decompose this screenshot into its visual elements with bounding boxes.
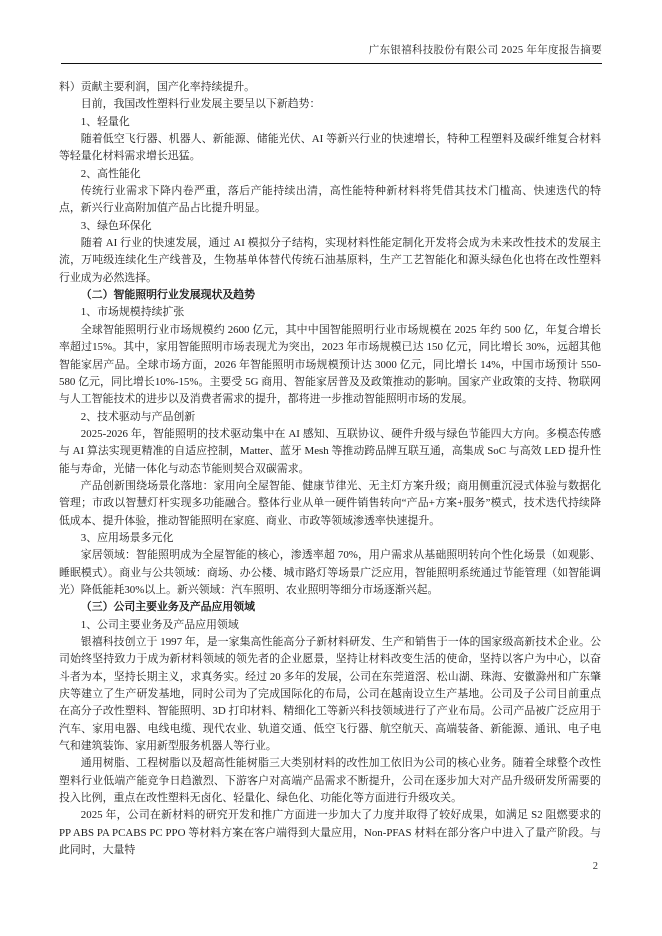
header-rule [61, 63, 602, 64]
paragraph: 银禧科技创立于 1997 年，是一家集高性能高分子新材料研发、生产和销售于一体的… [59, 634, 601, 755]
sub-heading: 1、轻量化 [59, 114, 601, 131]
sub-heading: 2、高性能化 [59, 166, 601, 183]
paragraph: 家居领域：智能照明成为全屋智能的核心，渗透率超 70%，用户需求从基础照明转向个… [59, 547, 601, 599]
paragraph: 2025 年，公司在新材料的研究开发和推广方面进一步加大了力度并取得了较好成果，… [59, 807, 601, 855]
paragraph: 随着 AI 行业的快速发展，通过 AI 模拟分子结构，实现材料性能定制化开发将会… [59, 235, 601, 287]
paragraph: 传统行业需求下降内卷严重，落后产能持续出清，高性能特种新材料将凭借其技术门槛高、… [59, 183, 601, 218]
paragraph: 2025-2026 年，智能照明的技术驱动集中在 AI 感知、互联协议、硬件升级… [59, 426, 601, 478]
paragraph: 产品创新围绕场景化落地：家用向全屋智能、健康节律光、无主灯方案升级；商用侧重沉浸… [59, 478, 601, 530]
sub-heading: 3、绿色环保化 [59, 218, 601, 235]
document-body: 料）贡献主要利润，国产化率持续提升。目前，我国改性塑料行业发展主要呈以下新趋势：… [59, 79, 601, 855]
sub-heading: 1、公司主要业务及产品应用领域 [59, 617, 601, 634]
sub-heading: 3、应用场景多元化 [59, 530, 601, 547]
section-heading: （三）公司主要业务及产品应用领域 [59, 599, 601, 616]
paragraph: 目前，我国改性塑料行业发展主要呈以下新趋势： [59, 96, 601, 113]
section-heading: （二）智能照明行业发展现状及趋势 [59, 287, 601, 304]
header-title: 广东银禧科技股份有限公司 2025 年年度报告摘要 [369, 45, 602, 56]
sub-heading: 1、市场规模持续扩张 [59, 304, 601, 321]
page-number: 2 [593, 861, 598, 872]
page-header: 广东银禧科技股份有限公司 2025 年年度报告摘要 [61, 44, 602, 58]
paragraph: 通用树脂、工程树脂以及超高性能树脂三大类别材料的改性加工依旧为公司的核心业务。随… [59, 755, 601, 807]
paragraph: 随着低空飞行器、机器人、新能源、储能光伏、AI 等新兴行业的快速增长，特种工程塑… [59, 131, 601, 166]
sub-heading: 2、技术驱动与产品创新 [59, 409, 601, 426]
paragraph: 全球智能照明行业市场规模约 2600 亿元，其中中国智能照明行业市场规模在 20… [59, 322, 601, 409]
paragraph: 料）贡献主要利润，国产化率持续提升。 [59, 79, 601, 96]
document-page: 广东银禧科技股份有限公司 2025 年年度报告摘要 料）贡献主要利润，国产化率持… [0, 0, 662, 936]
